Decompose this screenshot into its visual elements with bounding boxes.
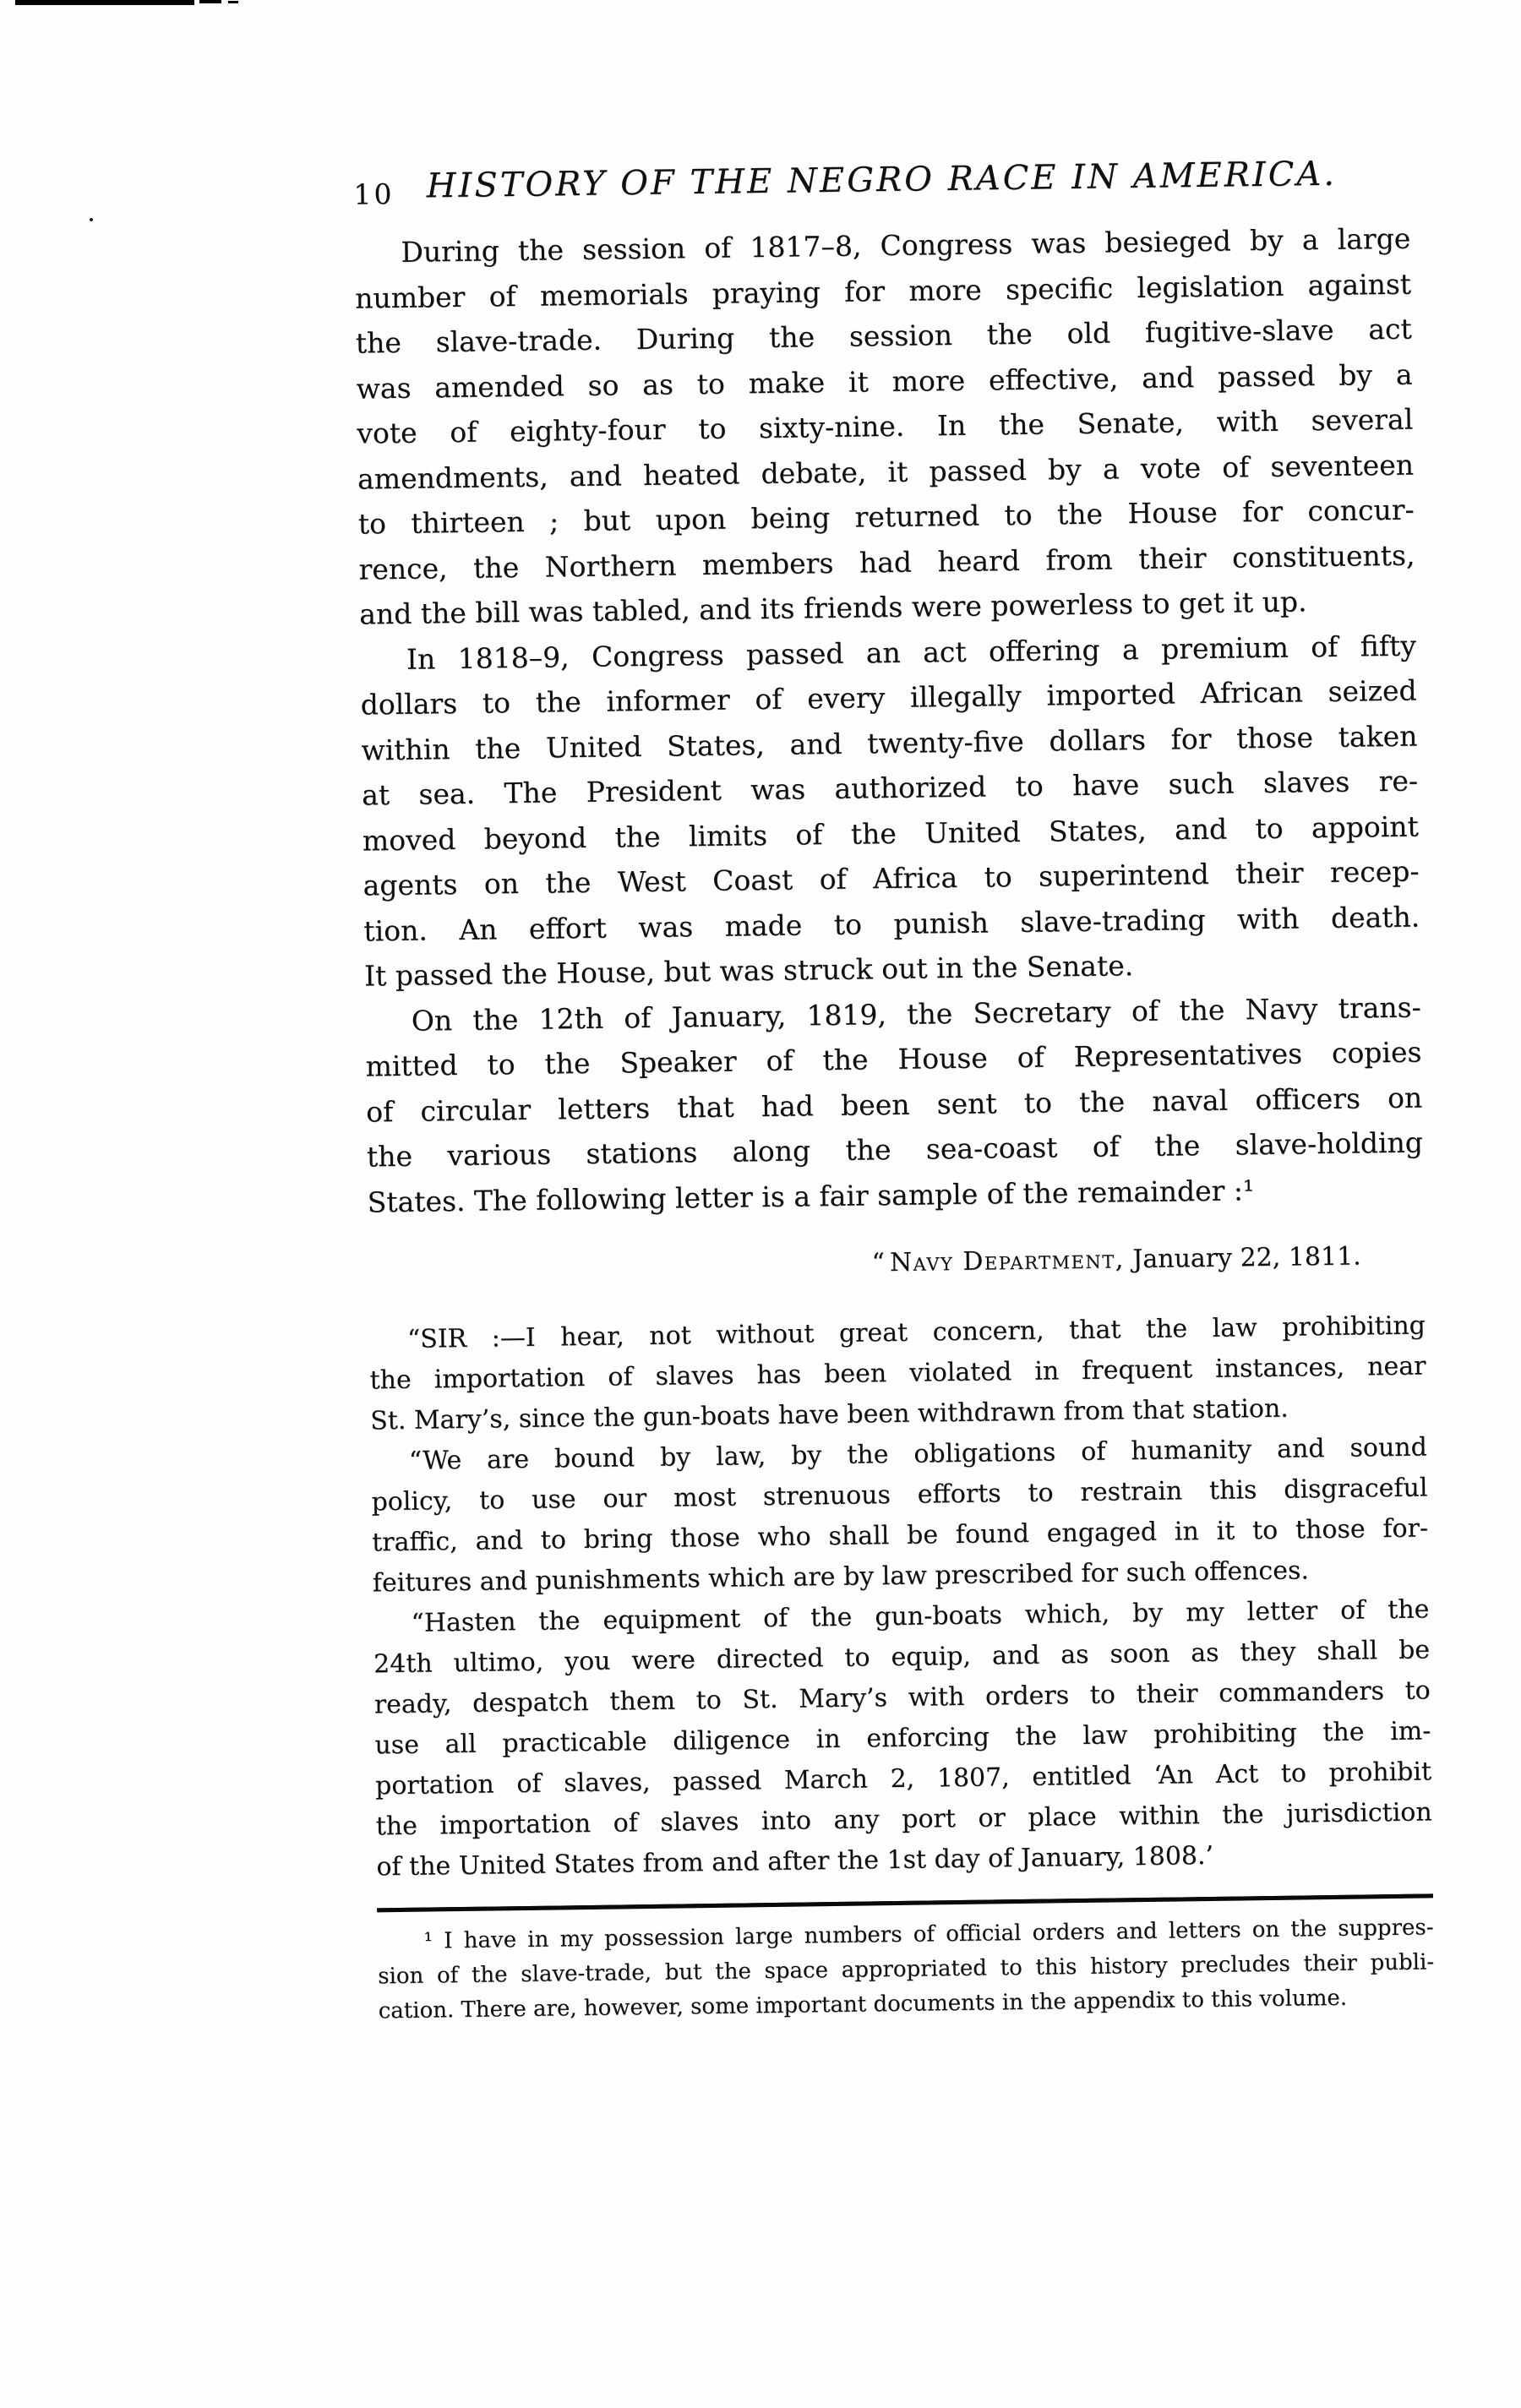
open-quote: “ [871,1248,885,1278]
letter-paragraph-1: “SIR :—I hear, not without great concern… [369,1305,1427,1441]
running-title: HISTORY OF THE NEGRO RACE IN AMERICA. [353,154,1410,207]
paragraph-1: During the session of 1817–8, Congress w… [354,216,1415,637]
scan-artifact-streak [228,1,238,3]
quoted-letter: “SIR :—I hear, not without great concern… [369,1305,1433,1888]
paragraph-2: In 1818–9, Congress passed an act offeri… [360,623,1421,999]
page-number: 10 [353,177,395,211]
footnote: ¹ I have in my possession large numbers … [377,1910,1435,2029]
letter-date: January 22, 1811. [1125,1241,1361,1274]
letter-paragraph-3: “Hasten the equipment of the gun-boats w… [373,1589,1432,1888]
letter-department: Navy Department, [890,1245,1125,1278]
scan-artifact-streak [15,0,194,5]
book-page: 10 HISTORY OF THE NEGRO RACE IN AMERICA.… [353,154,1435,2029]
footnote-rule [377,1893,1433,1912]
scan-speck [90,218,93,221]
letter-dateline: “Navy Department, January 22, 1811. [368,1235,1426,1290]
letter-paragraph-2: “We are bound by law, by the obligations… [371,1427,1429,1604]
paragraph-3: On the 12th of January, 1819, the Secret… [364,984,1424,1224]
main-text: During the session of 1817–8, Congress w… [354,216,1424,1225]
scan-artifact-streak [199,0,221,3]
running-header: 10 HISTORY OF THE NEGRO RACE IN AMERICA. [353,154,1410,217]
